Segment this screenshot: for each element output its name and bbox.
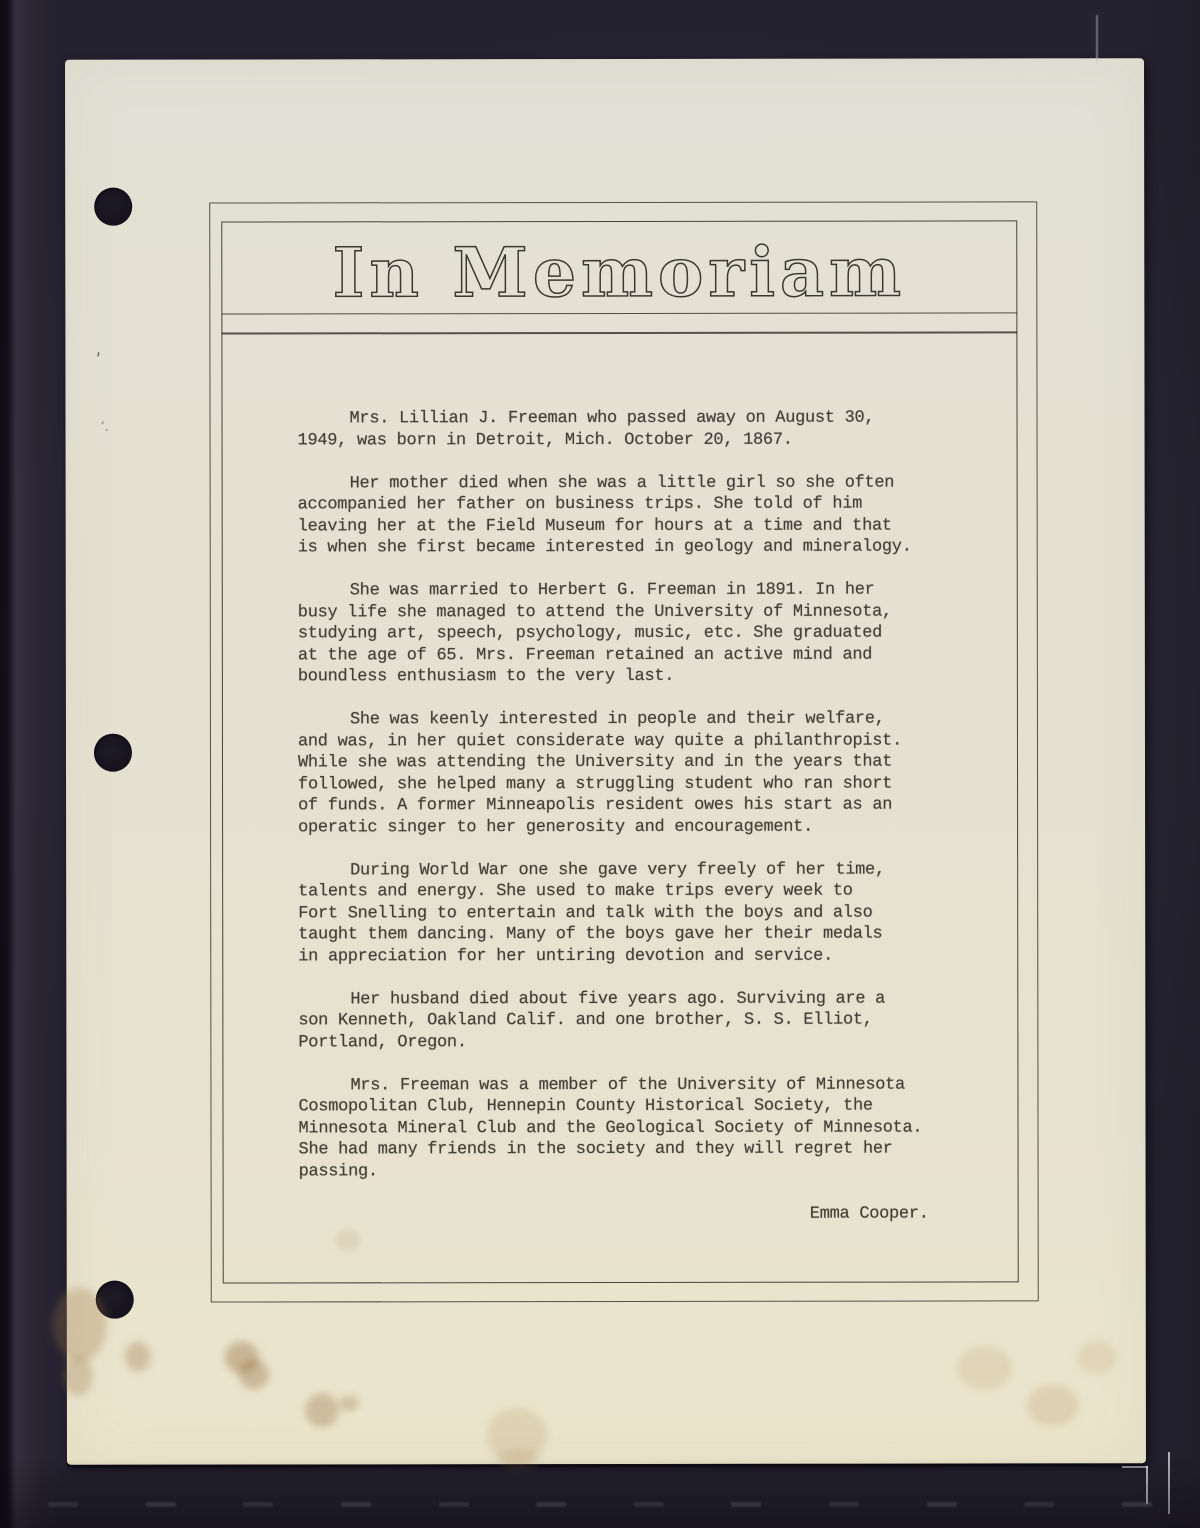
stain	[335, 1229, 361, 1251]
paragraph: Her mother died when she was a little gi…	[298, 472, 966, 559]
punch-hole-middle	[94, 734, 132, 772]
ink-mark: ‘.	[101, 420, 109, 435]
masthead-title-area: In Memoriam	[222, 221, 1016, 314]
punch-hole-top	[94, 188, 132, 226]
obituary-text-block: Mrs. Lillian J. Freeman who passed away …	[298, 407, 967, 1246]
scanned-page-background: { "document": { "header": { "title": "In…	[0, 0, 1200, 1528]
stain	[125, 1342, 151, 1372]
background-shade	[0, 1458, 1200, 1528]
stain	[63, 1356, 93, 1396]
stain	[305, 1393, 339, 1427]
signature: Emma Cooper.	[299, 1203, 967, 1225]
paper-sheet: ’ ‘. In Memoriam Mrs. Lillian J. Freeman…	[65, 58, 1146, 1465]
stain	[957, 1346, 1013, 1390]
stain	[1077, 1340, 1117, 1374]
paragraph: During World War one she gave very freel…	[298, 859, 966, 967]
paragraph: Mrs. Lillian J. Freeman who passed away …	[298, 407, 966, 451]
paragraph: Her husband died about five years ago. S…	[298, 988, 966, 1053]
stain	[53, 1288, 107, 1362]
paragraph: Mrs. Freeman was a member of the Univers…	[298, 1074, 966, 1182]
paragraph: She was keenly interested in people and …	[298, 708, 966, 838]
header-divider-rule-1	[221, 312, 1017, 314]
paragraph: She was married to Herbert G. Freeman in…	[298, 579, 966, 687]
scan-artifact-line	[1096, 15, 1098, 63]
stain	[1027, 1384, 1079, 1426]
stain	[239, 1359, 269, 1389]
ink-mark: ’	[95, 349, 104, 370]
stain	[339, 1395, 359, 1411]
header-divider-rule-2	[221, 331, 1017, 334]
page-title: In Memoriam	[333, 233, 907, 314]
